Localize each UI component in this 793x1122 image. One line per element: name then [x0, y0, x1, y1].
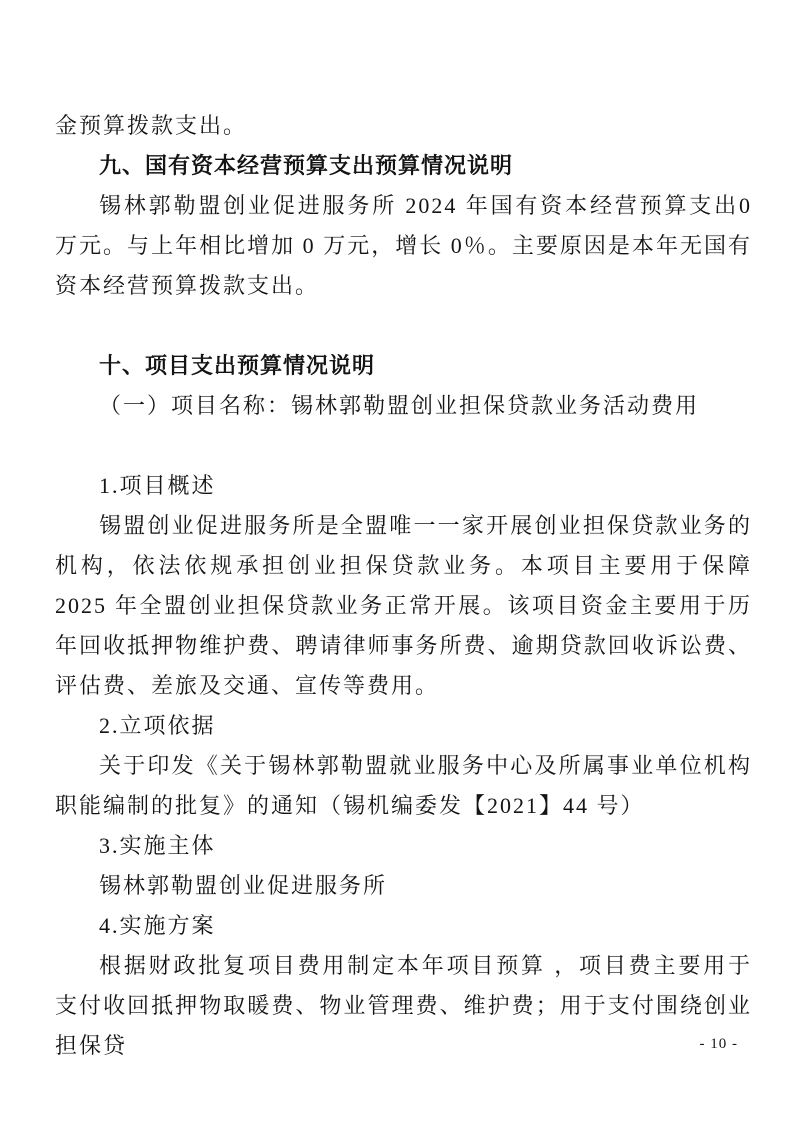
section-9-body: 锡林郭勒盟创业促进服务所 2024 年国有资本经营预算支出0 万元。与上年相比增… [55, 186, 752, 306]
page-number: - 10 - [700, 1036, 739, 1053]
item-4-title: 4.实施方案 [55, 906, 752, 946]
document-page: 金预算拨款支出。 九、国有资本经营预算支出预算情况说明 锡林郭勒盟创业促进服务所… [0, 0, 793, 1122]
section-9-heading: 九、国有资本经营预算支出预算情况说明 [55, 146, 752, 186]
page-content: 金预算拨款支出。 九、国有资本经营预算支出预算情况说明 锡林郭勒盟创业促进服务所… [55, 106, 752, 1066]
item-4-body: 根据财政批复项目费用制定本年项目预算 ，项目费主要用于支付收回抵押物取暖费、物业… [55, 946, 752, 1066]
item-3-title: 3.实施主体 [55, 826, 752, 866]
item-2-title: 2.立项依据 [55, 706, 752, 746]
item-1-body: 锡盟创业促进服务所是全盟唯一一家开展创业担保贷款业务的机构，依法依规承担创业担保… [55, 506, 752, 706]
carryover-paragraph: 金预算拨款支出。 [55, 106, 752, 146]
section-10-heading: 十、项目支出预算情况说明 [55, 346, 752, 386]
item-1-title: 1.项目概述 [55, 466, 752, 506]
project-name-line: （一）项目名称：锡林郭勒盟创业担保贷款业务活动费用 [55, 386, 752, 426]
item-3-body: 锡林郭勒盟创业促进服务所 [55, 866, 752, 906]
item-2-body: 关于印发《关于锡林郭勒盟就业服务中心及所属事业单位机构职能编制的批复》的通知（锡… [55, 746, 752, 826]
